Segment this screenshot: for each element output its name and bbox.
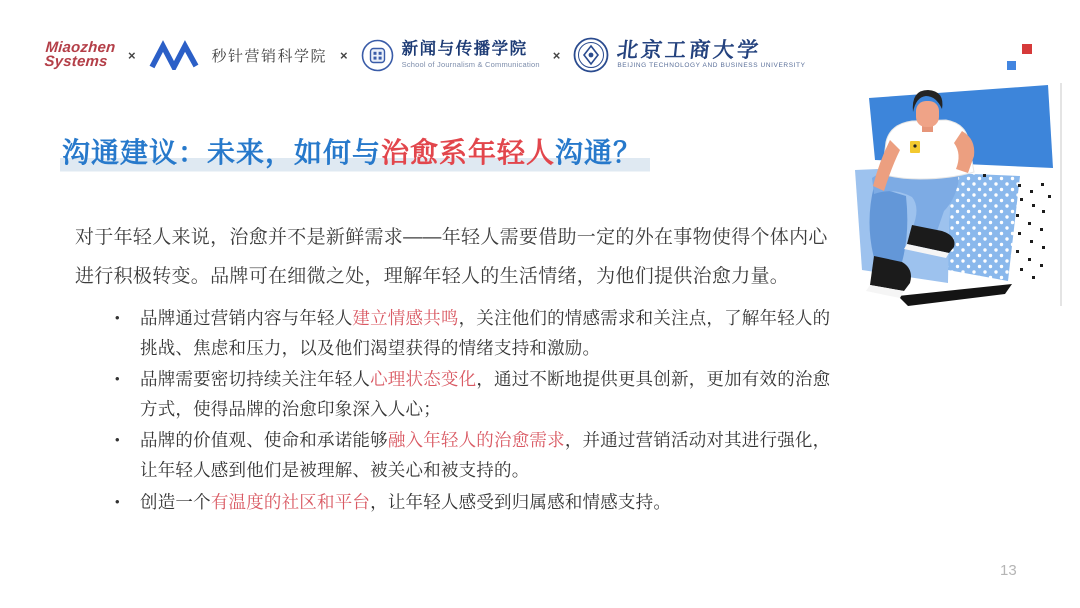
bullet-item: 品牌需要密切持续关注年轻人心理状态变化，通过不断地提供更具创新，更加有效的治愈方…	[112, 364, 842, 424]
logo-separator: ×	[128, 48, 136, 63]
bullet-highlight-text: 融入年轻人的治愈需求	[388, 430, 565, 450]
journalism-school-logo: 新闻与传播学院 School of Journalism & Communica…	[361, 39, 540, 72]
logo-separator: ×	[553, 48, 561, 63]
btbu-name: 北京工商大学	[616, 40, 807, 62]
blue-accent-square	[1007, 61, 1016, 70]
btbu-seal-icon	[573, 37, 609, 73]
bullet-highlight-text: 有温度的社区和平台	[211, 492, 370, 512]
healing-person-illustration	[850, 38, 1066, 323]
miaozhen-line2: Systems	[44, 55, 115, 69]
ma-academy-label: 秒针营销科学院	[212, 45, 328, 66]
bullet-item: 品牌的价值观、使命和承诺能够融入年轻人的治愈需求，并通过营销活动对其进行强化，让…	[112, 425, 842, 485]
logo-bar: Miaozhen Systems × 秒针营销科学院 × 新闻与传播学院 Sch…	[45, 30, 806, 80]
bullet-list: 品牌通过营销内容与年轻人建立情感共鸣，关注他们的情感需求和关注点，了解年轻人的挑…	[112, 303, 842, 518]
title-part-blue: 沟通建议：未来，如何与	[62, 137, 381, 168]
slide-title: 沟通建议：未来，如何与治愈系年轻人沟通？	[60, 131, 650, 173]
intro-paragraph: 对于年轻人来说，治愈并不是新鲜需求——年轻人需要借助一定的外在事物使得个体内心进…	[75, 219, 837, 297]
page-number: 13	[1000, 562, 1017, 579]
bullet-highlight-text: 心理状态变化	[370, 369, 476, 389]
logo-separator: ×	[340, 48, 348, 63]
bullet-text: 品牌通过营销内容与年轻人	[140, 308, 352, 328]
bullet-item: 创造一个有温度的社区和平台，让年轻人感受到归属感和情感支持。	[112, 487, 842, 517]
miaozhen-systems-logo: Miaozhen Systems	[44, 41, 116, 69]
journalism-emblem-icon	[361, 39, 394, 72]
bullet-text: ，让年轻人感受到归属感和情感支持。	[370, 492, 671, 512]
title-part-red: 治愈系年轻人	[381, 137, 555, 168]
ma-zigzag-logo-icon	[149, 40, 199, 70]
bullet-text: 创造一个	[140, 492, 211, 512]
btbu-name-en: BEIJING TECHNOLOGY AND BUSINESS UNIVERSI…	[617, 63, 805, 70]
title-part-blue-2: 沟通？	[555, 137, 642, 168]
bullet-highlight-text: 建立情感共鸣	[352, 308, 458, 328]
bullet-text: 品牌需要密切持续关注年轻人	[140, 369, 370, 389]
btbu-logo: 北京工商大学 BEIJING TECHNOLOGY AND BUSINESS U…	[573, 37, 805, 73]
bullet-text: 品牌的价值观、使命和承诺能够	[140, 430, 388, 450]
slide: Miaozhen Systems × 秒针营销科学院 × 新闻与传播学院 Sch…	[0, 0, 1080, 608]
journalism-school-name-en: School of Journalism & Communication	[402, 61, 540, 69]
bullet-item: 品牌通过营销内容与年轻人建立情感共鸣，关注他们的情感需求和关注点，了解年轻人的挑…	[112, 303, 842, 363]
journalism-school-name: 新闻与传播学院	[402, 41, 540, 58]
red-accent-square	[1022, 44, 1032, 54]
